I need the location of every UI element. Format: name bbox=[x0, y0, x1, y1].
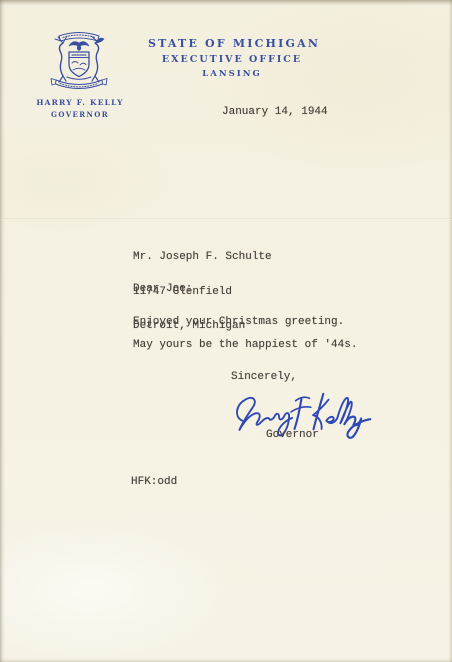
body-paragraph-1: Enjoyed your Christmas greeting. bbox=[133, 316, 344, 328]
office-city-line: LANSING bbox=[148, 69, 316, 79]
harry-f-kelly-signature-icon bbox=[227, 381, 411, 445]
sender-title: GOVERNOR bbox=[16, 110, 144, 119]
letterhead-office-block: STATE OF MICHIGAN EXECUTIVE OFFICE LANSI… bbox=[148, 37, 316, 79]
sender-name: HARRY F. KELLY bbox=[16, 98, 144, 107]
salutation: Dear Joe: bbox=[133, 283, 192, 295]
paper-fold-line bbox=[0, 218, 452, 220]
body-paragraph-2: May yours be the happiest of '44s. bbox=[133, 339, 357, 351]
michigan-coat-of-arms-icon bbox=[46, 25, 112, 91]
closing: Sincerely, bbox=[231, 371, 297, 383]
reference-initials: HFK:odd bbox=[131, 476, 177, 488]
office-state-line: STATE OF MICHIGAN bbox=[148, 37, 316, 50]
letter-page: HARRY F. KELLY GOVERNOR STATE OF MICHIGA… bbox=[0, 0, 452, 662]
office-name-line: EXECUTIVE OFFICE bbox=[148, 54, 316, 65]
letter-date: January 14, 1944 bbox=[222, 106, 328, 118]
signer-title: Governor bbox=[266, 429, 319, 441]
recipient-name: Mr. Joseph F. Schulte bbox=[133, 252, 272, 264]
letterhead-sender-block: HARRY F. KELLY GOVERNOR bbox=[16, 98, 144, 119]
